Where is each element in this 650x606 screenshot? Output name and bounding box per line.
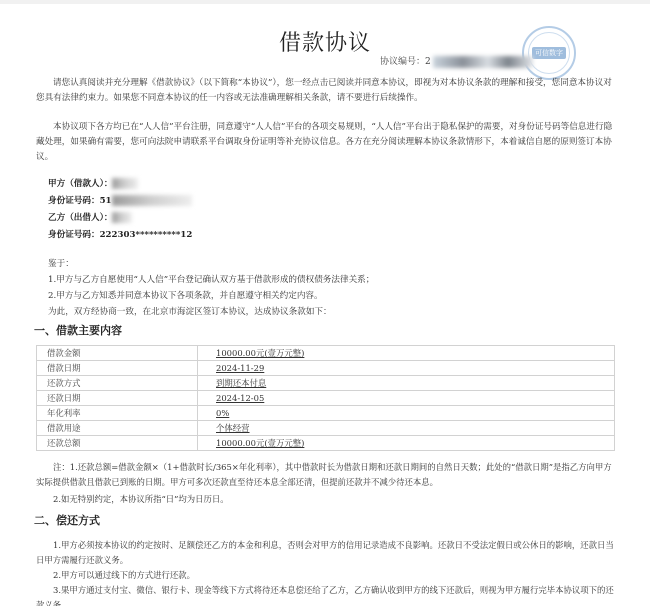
table-row: 年化利率0%	[37, 406, 615, 421]
term-label: 借款用途	[37, 421, 198, 436]
seal-stamp-icon: 可信数字	[522, 26, 576, 80]
whereas-item-2: 2.甲方与乙方知悉并同意本协议下各项条款，并自愿遵守相关约定内容。	[48, 289, 323, 301]
table-row: 还款总额10000.00元(壹万元整)	[37, 436, 615, 451]
term-value: 10000.00元(壹万元整)	[216, 438, 304, 448]
contract-number-label: 协议编号：	[380, 57, 425, 67]
whereas-heading: 鉴于：	[48, 257, 74, 269]
table-row: 还款日期2024-12-05	[37, 391, 615, 406]
whereas-item-1: 1.甲方与乙方自愿使用“人人信”平台登记确认双方基于借款形成的债权债务法律关系；	[48, 273, 374, 285]
party-b-id-label: 身份证号码：	[48, 230, 100, 240]
term-label: 借款日期	[37, 361, 198, 376]
term-label: 年化利率	[37, 406, 198, 421]
term-value: 10000.00元(壹万元整)	[216, 348, 304, 358]
section-2-item-3: 3.果甲方通过支付宝、微信、银行卡、现金等线下方式将待还本息偿还给了乙方，乙方确…	[36, 583, 616, 606]
term-label: 还款总额	[37, 436, 198, 451]
table-row: 借款金额10000.00元(壹万元整)	[37, 346, 615, 361]
redaction-mask	[112, 212, 132, 223]
party-b: 乙方（出借人）：	[48, 211, 132, 223]
table-row: 借款日期2024-11-29	[37, 361, 615, 376]
loan-terms-table: 借款金额10000.00元(壹万元整) 借款日期2024-11-29 还款方式到…	[36, 345, 615, 451]
party-a-id-value: 51	[100, 196, 112, 206]
party-b-label: 乙方（出借人）：	[48, 213, 112, 223]
redaction-mask	[112, 195, 192, 206]
party-a-id: 身份证号码：51	[48, 194, 192, 206]
party-b-id: 身份证号码：222303**********12	[48, 228, 192, 240]
term-value: 0%	[216, 408, 229, 418]
redaction-mask	[112, 178, 138, 189]
party-b-id-value: 222303**********12	[100, 230, 193, 240]
seal-text: 可信数字	[532, 47, 566, 59]
term-value: 2024-12-05	[216, 393, 264, 403]
term-value: 2024-11-29	[216, 363, 264, 373]
party-a-id-label: 身份证号码：	[48, 196, 100, 206]
section-1-note-1: 注：1.还款总额=借款金额×（1+借款时长/365×年化利率），其中借款时长为借…	[36, 460, 616, 490]
term-value: 到期还本付息	[216, 378, 266, 388]
section-1-note-2: 2.如无特别约定，本协议所指“日”均为日历日。	[53, 492, 613, 507]
contract-number-value: 2	[425, 57, 431, 67]
contract-number: 协议编号：2	[380, 54, 533, 68]
intro-paragraph-2: 本协议项下各方均已在“人人信”平台注册，同意遵守“人人信”平台的各项交易规则，“…	[36, 120, 616, 165]
term-label: 还款方式	[37, 376, 198, 391]
party-a: 甲方（借款人）：	[48, 177, 138, 189]
table-row: 还款方式到期还本付息	[37, 376, 615, 391]
whereas-conclusion: 为此，双方经协商一致，在北京市海淀区签订本协议，达成协议条款如下：	[48, 305, 332, 317]
intro-paragraph-1: 请您认真阅读并充分理解《借款协议》（以下简称“本协议”），您一经点击已阅读并同意…	[36, 76, 616, 106]
redaction-mask	[433, 56, 533, 68]
top-edge	[0, 0, 650, 4]
party-a-label: 甲方（借款人）：	[48, 179, 112, 189]
table-row: 借款用途个体经营	[37, 421, 615, 436]
term-label: 还款日期	[37, 391, 198, 406]
section-1-heading: 一、借款主要内容	[34, 322, 122, 338]
section-2-item-2: 2.甲方可以通过线下的方式进行还款。	[53, 568, 613, 583]
section-2-item-1: 1.甲方必须按本协议的约定按时、足额偿还乙方的本金和利息，否则会对甲方的信用记录…	[36, 538, 616, 568]
term-label: 借款金额	[37, 346, 198, 361]
section-2-heading: 二、偿还方式	[34, 512, 100, 528]
term-value: 个体经营	[216, 423, 250, 433]
